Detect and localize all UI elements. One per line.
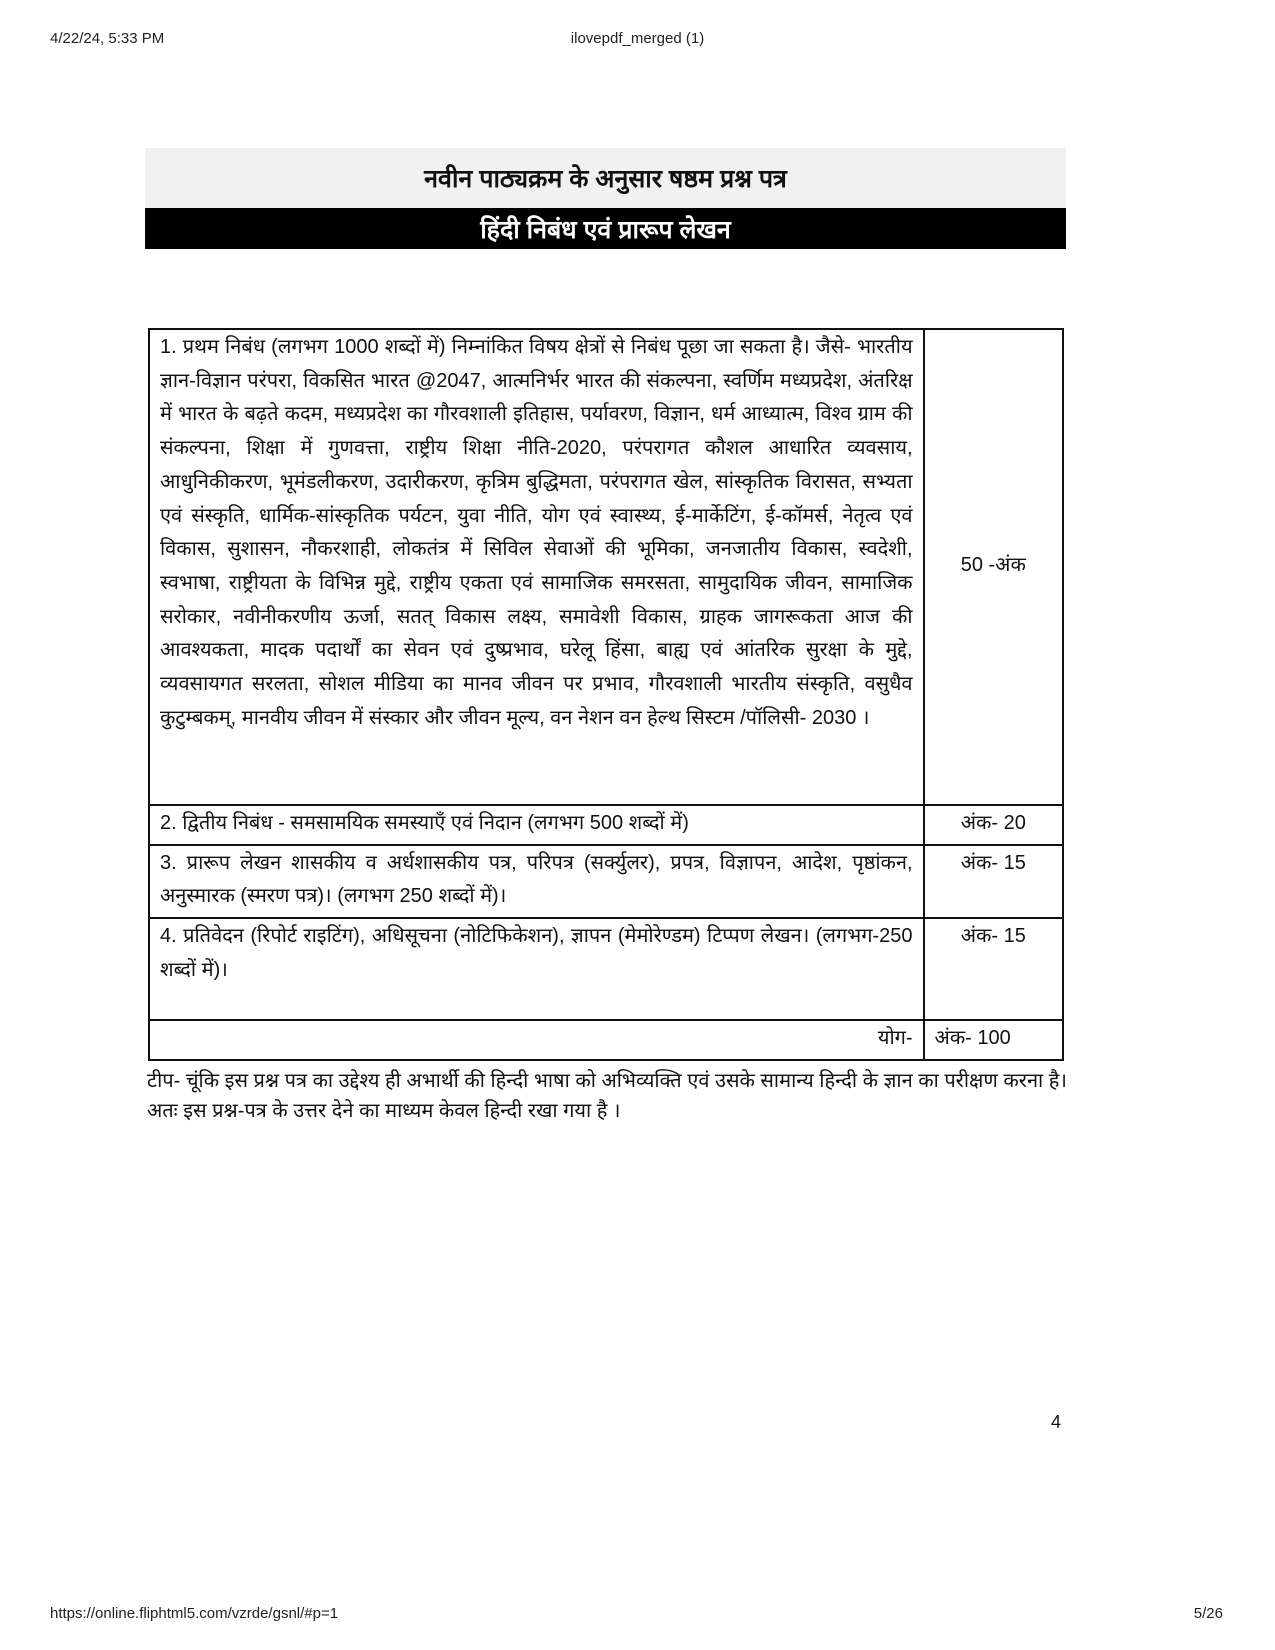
- page-number: 4: [1051, 1412, 1061, 1433]
- print-url: https://online.fliphtml5.com/vzrde/gsnl/…: [50, 1605, 338, 1622]
- total-row: योग- अंक- 100: [149, 1020, 1063, 1060]
- print-footer: https://online.fliphtml5.com/vzrde/gsnl/…: [0, 1605, 1275, 1625]
- row-marks: अंक- 15: [924, 845, 1063, 918]
- row-description: 2. द्वितीय निबंध - समसामयिक समस्याएँ एवं…: [149, 805, 924, 845]
- row-marks: अंक- 15: [924, 918, 1063, 1020]
- paper-title-band: नवीन पाठ्यक्रम के अनुसार षष्ठम प्रश्न पत…: [145, 148, 1066, 208]
- table-row: 4. प्रतिवेदन (रिपोर्ट राइटिंग), अधिसूचना…: [149, 918, 1063, 1020]
- print-page-indicator: 5/26: [1194, 1605, 1223, 1622]
- row-description: 3. प्रारूप लेखन शासकीय व अर्धशासकीय पत्र…: [149, 845, 924, 918]
- table-row: 1. प्रथम निबंध (लगभग 1000 शब्दों में) नि…: [149, 329, 1063, 805]
- table-row: 3. प्रारूप लेखन शासकीय व अर्धशासकीय पत्र…: [149, 845, 1063, 918]
- row-description: 1. प्रथम निबंध (लगभग 1000 शब्दों में) नि…: [149, 329, 924, 805]
- paper-title: नवीन पाठ्यक्रम के अनुसार षष्ठम प्रश्न पत…: [424, 161, 787, 195]
- total-marks: अंक- 100: [924, 1020, 1063, 1060]
- print-header: 4/22/24, 5:33 PM ilovepdf_merged (1): [0, 30, 1275, 50]
- table-row: 2. द्वितीय निबंध - समसामयिक समस्याएँ एवं…: [149, 805, 1063, 845]
- tip-note: टीप- चूंकि इस प्रश्न पत्र का उद्देश्य ही…: [147, 1066, 1067, 1126]
- row-description: 4. प्रतिवेदन (रिपोर्ट राइटिंग), अधिसूचना…: [149, 918, 924, 1020]
- row-marks: अंक- 20: [924, 805, 1063, 845]
- print-document-title: ilovepdf_merged (1): [0, 30, 1275, 47]
- paper-subtitle: हिंदी निबंध एवं प्रारूप लेखन: [480, 212, 731, 246]
- total-label: योग-: [149, 1020, 924, 1060]
- syllabus-table: 1. प्रथम निबंध (लगभग 1000 शब्दों में) नि…: [148, 328, 1064, 1061]
- row-marks: 50 -अंक: [924, 329, 1063, 805]
- paper-subtitle-band: हिंदी निबंध एवं प्रारूप लेखन: [145, 208, 1066, 249]
